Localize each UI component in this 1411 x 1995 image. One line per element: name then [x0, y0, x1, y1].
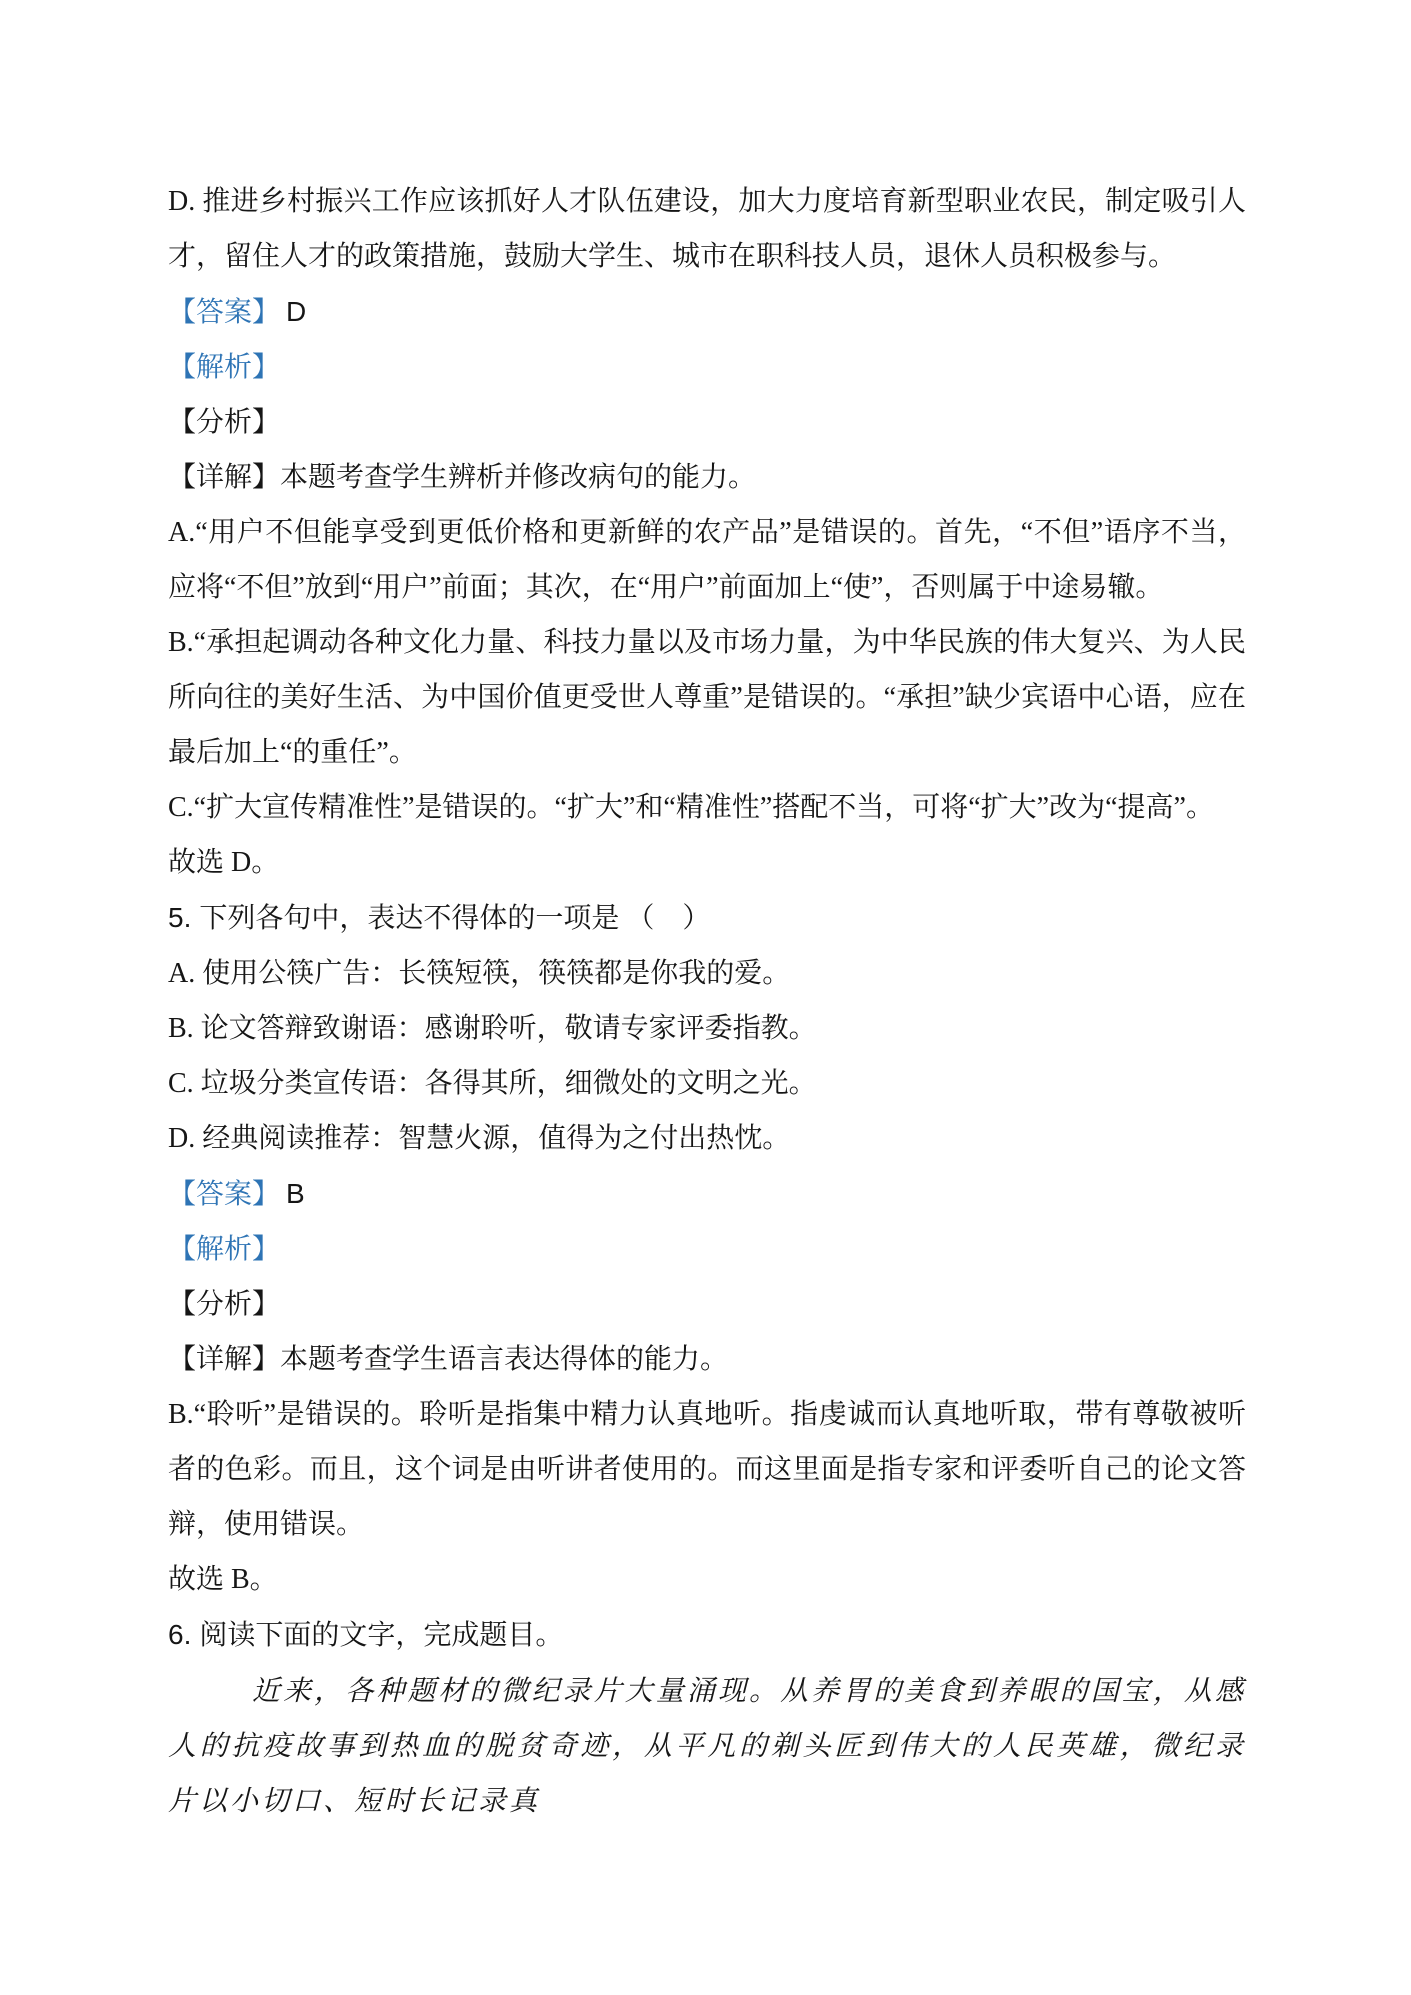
- q5-answer-line: 【答案】B: [168, 1166, 1246, 1222]
- q4-conclusion: 故选 D。: [168, 835, 1246, 890]
- q5-option-c: C. 垃圾分类宣传语：各得其所，细微处的文明之光。: [168, 1056, 1246, 1111]
- q4-detail-c: C.“扩大宣传精准性”是错误的。“扩大”和“精准性”搭配不当，可将“扩大”改为“…: [168, 780, 1246, 835]
- q6-stem: 6.阅读下面的文字，完成题目。: [168, 1607, 1246, 1663]
- q6-stem-text: 阅读下面的文字，完成题目。: [199, 1620, 563, 1651]
- q4-detail-intro: 【详解】本题考查学生辨析并修改病句的能力。: [168, 450, 1246, 505]
- q5-number: 5.: [168, 902, 191, 933]
- q4-detail-b: B.“承担起调动各种文化力量、科技力量以及市场力量，为中华民族的伟大复兴、为人民…: [168, 615, 1246, 780]
- exam-answer-document: D. 推进乡村振兴工作应该抓好人才队伍建设，加大力度培育新型职业农民，制定吸引人…: [168, 174, 1246, 1828]
- q4-option-d: D. 推进乡村振兴工作应该抓好人才队伍建设，加大力度培育新型职业农民，制定吸引人…: [168, 174, 1246, 284]
- q6-number: 6.: [168, 1619, 191, 1650]
- q4-answer-line: 【答案】D: [168, 284, 1246, 340]
- q4-answer-value: D: [286, 296, 306, 327]
- q5-option-d: D. 经典阅读推荐：智慧火源，值得为之付出热忱。: [168, 1111, 1246, 1166]
- q5-fenxi-label: 【分析】: [168, 1277, 1246, 1332]
- q4-answer-label: 【答案】: [168, 297, 280, 328]
- q4-fenxi-label: 【分析】: [168, 395, 1246, 450]
- q5-conclusion: 故选 B。: [168, 1552, 1246, 1607]
- q5-answer-label: 【答案】: [168, 1179, 280, 1210]
- q4-detail-a: A.“用户不但能享受到更低价格和更新鲜的农产品”是错误的。首先，“不但”语序不当…: [168, 505, 1246, 615]
- q5-stem: 5.下列各句中，表达不得体的一项是 （ ）: [168, 890, 1246, 946]
- q5-detail-b: B.“聆听”是错误的。聆听是指集中精力认真地听。指虔诚而认真地听取，带有尊敬被听…: [168, 1387, 1246, 1552]
- q5-answer-value: B: [286, 1178, 305, 1209]
- q4-jiexi-label: 【解析】: [168, 340, 1246, 395]
- q5-stem-text: 下列各句中，表达不得体的一项是 （ ）: [199, 903, 710, 934]
- q6-passage: 近来，各种题材的微纪录片大量涌现。从养胃的美食到养眼的国宝，从感人的抗疫故事到热…: [168, 1663, 1246, 1828]
- q5-option-a: A. 使用公筷广告：长筷短筷，筷筷都是你我的爱。: [168, 946, 1246, 1001]
- q5-detail-intro: 【详解】本题考查学生语言表达得体的能力。: [168, 1332, 1246, 1387]
- q5-jiexi-label: 【解析】: [168, 1222, 1246, 1277]
- q5-option-b: B. 论文答辩致谢语：感谢聆听，敬请专家评委指教。: [168, 1001, 1246, 1056]
